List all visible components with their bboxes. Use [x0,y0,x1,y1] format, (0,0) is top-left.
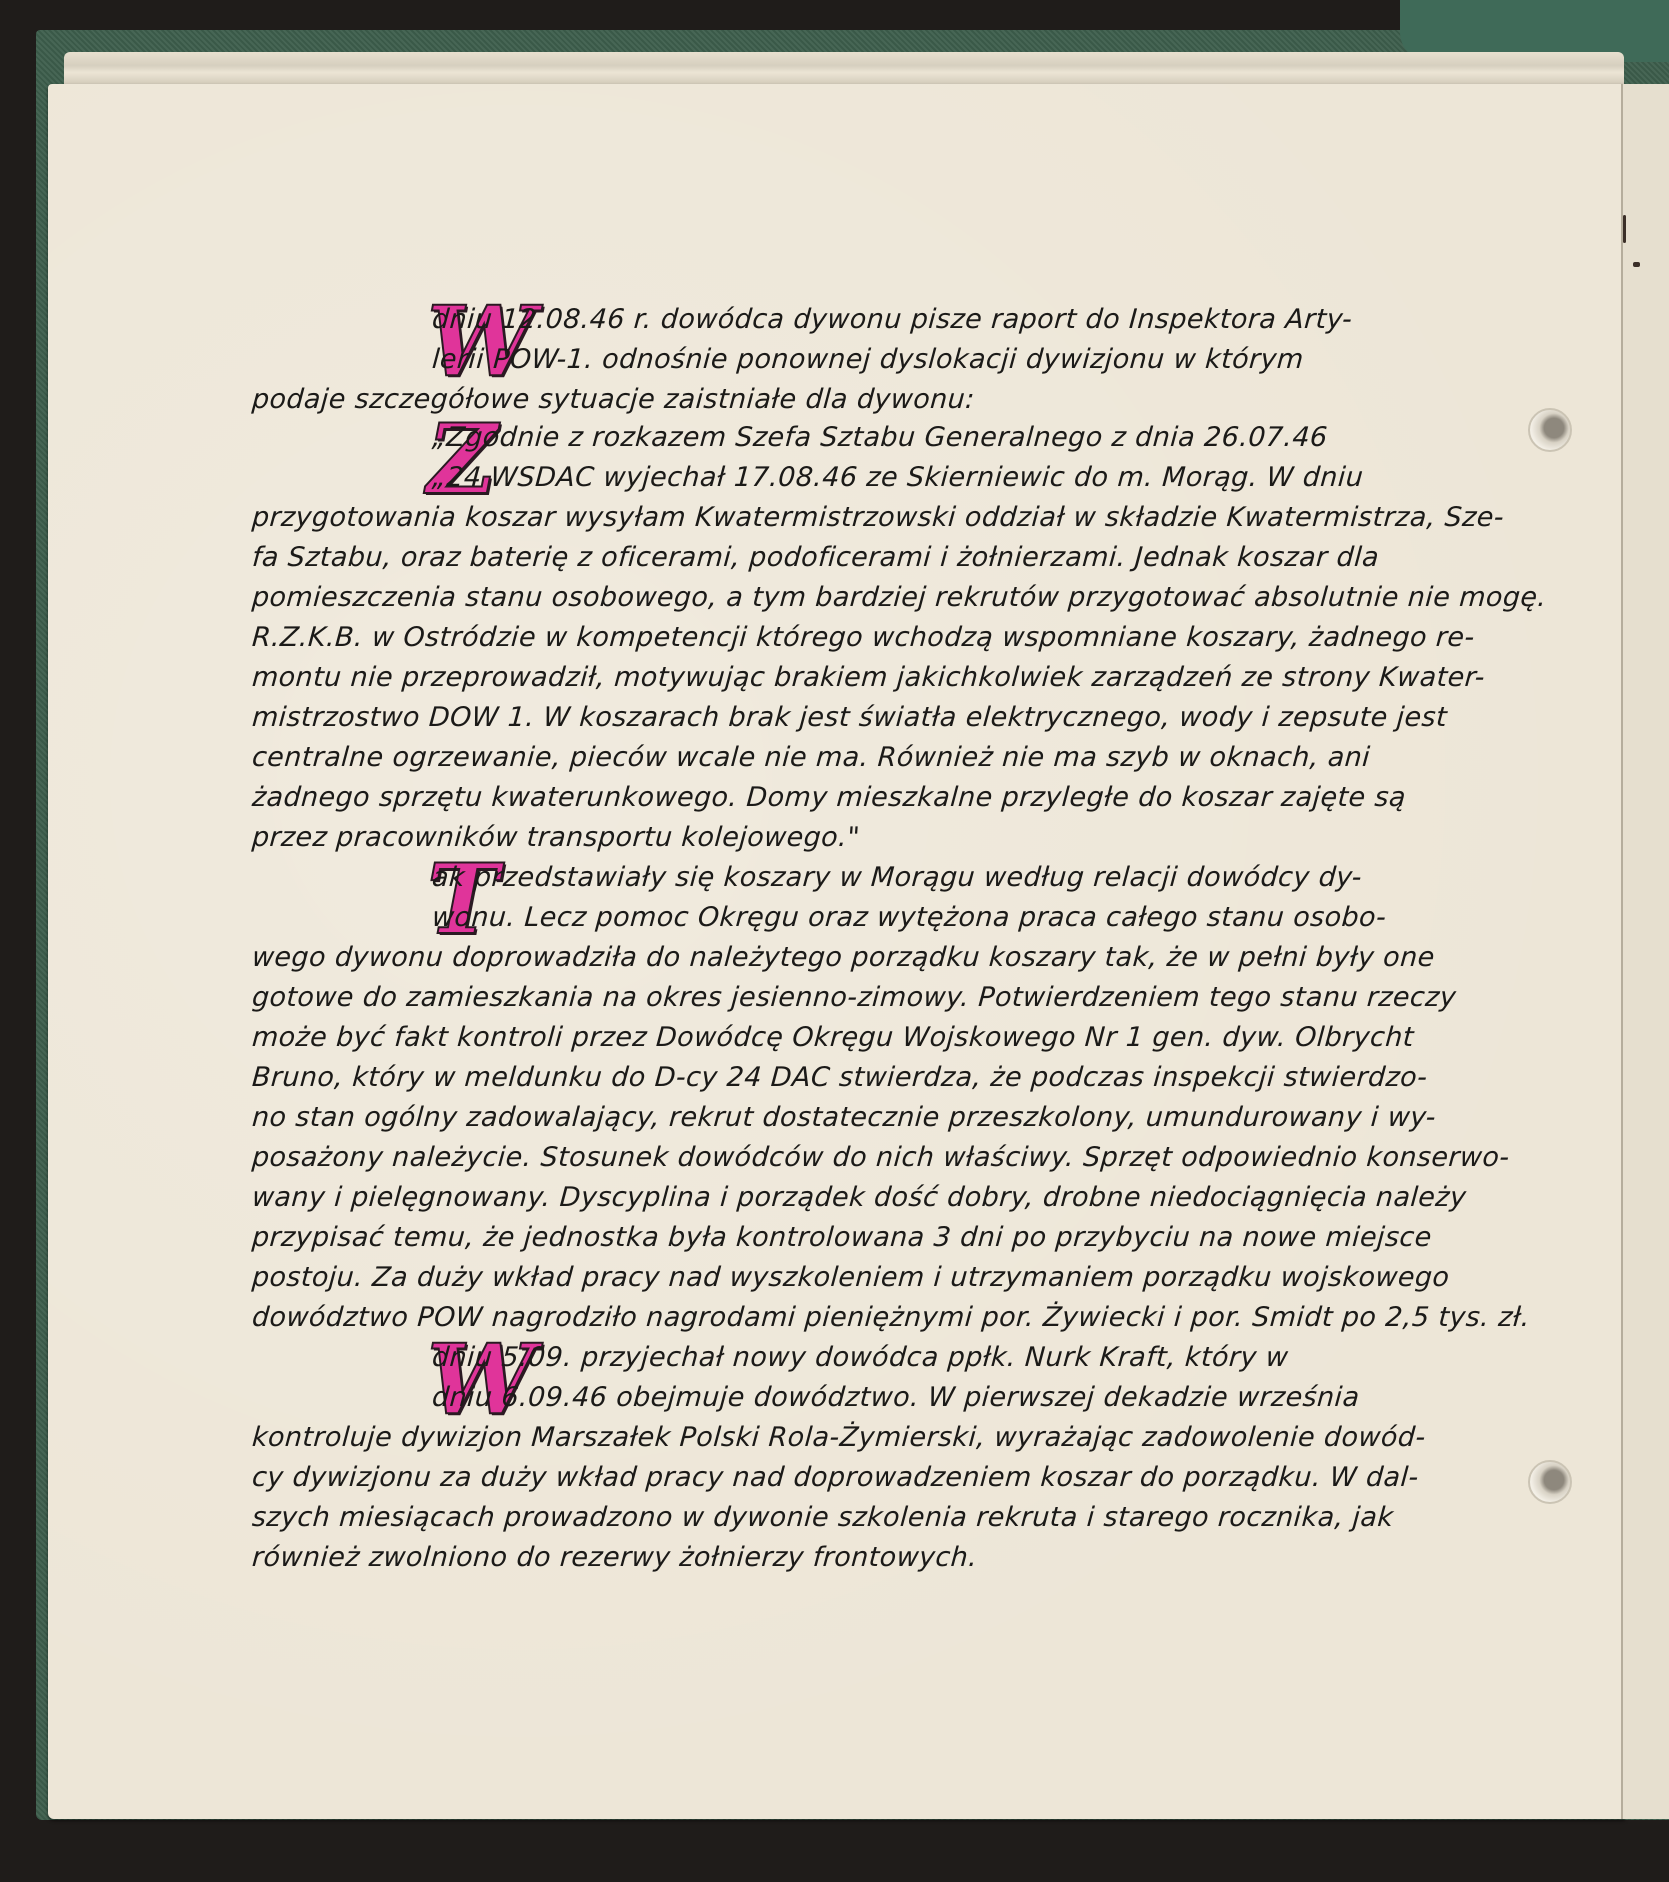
text-line: posażony należycie. Stosunek dowódców do… [251,1138,1454,1178]
text-line: postoju. Za duży wkład pracy nad wyszkol… [251,1258,1454,1298]
text-line: gotowe do zamieszkania na okres jesienno… [251,978,1454,1018]
text-line: wego dywonu doprowadziła do należytego p… [251,938,1454,978]
text-line: Bruno, który w meldunku do D-cy 24 DAC s… [251,1058,1454,1098]
text-line: cy dywizjonu za duży wkład pracy nad dop… [251,1458,1454,1498]
text-line: przygotowania koszar wysyłam Kwatermistr… [251,498,1454,538]
text-line: fa Sztabu, oraz baterię z oficerami, pod… [251,538,1454,578]
text-line: przypisać temu, że jednostka była kontro… [251,1218,1454,1258]
punch-hole-top [1528,408,1572,452]
ink-mark [1623,215,1626,243]
text-line: może być fakt kontroli przez Dowódcę Okr… [251,1018,1454,1058]
text-line: szych miesiącach prowadzono w dywonie sz… [251,1498,1454,1538]
text-line: wany i pielęgnowany. Dyscyplina i porząd… [251,1178,1454,1218]
paragraph-4: W dniu 5.09. przyjechał nowy dowódca ppł… [252,1338,1452,1578]
text-line: kontroluje dywizjon Marszałek Polski Rol… [251,1418,1454,1458]
handwritten-text-block: W dniu 12.08.46 r. dowódca dywonu pisze … [252,300,1452,1578]
text-line: mistrzostwo DOW 1. W koszarach brak jest… [251,698,1454,738]
ink-dot [1633,262,1640,267]
facing-page-edge [1623,84,1669,1819]
text-line: no stan ogólny zadowalający, rekrut dost… [251,1098,1454,1138]
text-line: lerii POW-1. odnośnie ponownej dyslokacj… [251,340,1454,380]
text-line: ak przedstawiały się koszary w Morągu we… [251,858,1454,898]
text-line: wonu. Lecz pomoc Okręgu oraz wytężona pr… [251,898,1454,938]
text-line: również zwolniono do rezerwy żołnierzy f… [251,1538,1454,1578]
text-line: „24 WSDAC wyjechał 17.08.46 ze Skierniew… [251,458,1454,498]
text-line: dniu 12.08.46 r. dowódca dywonu pisze ra… [251,300,1454,340]
text-line: R.Z.K.B. w Ostródzie w kompetencji które… [251,618,1454,658]
text-line: dniu 6.09.46 obejmuje dowództwo. W pierw… [251,1378,1454,1418]
paragraph-2: Z „Zgodnie z rozkazem Szefa Sztabu Gener… [252,418,1452,858]
text-line: żadnego sprzętu kwaterunkowego. Domy mie… [251,778,1454,818]
text-line: „Zgodnie z rozkazem Szefa Sztabu General… [251,418,1454,458]
text-line: centralne ogrzewanie, pieców wcale nie m… [251,738,1454,778]
punch-hole-bottom [1528,1460,1572,1504]
paragraph-1: W dniu 12.08.46 r. dowódca dywonu pisze … [252,300,1452,420]
page-stack-edge [64,52,1624,86]
text-line: dniu 5.09. przyjechał nowy dowódca ppłk.… [251,1338,1454,1378]
text-line: pomieszczenia stanu osobowego, a tym bar… [251,578,1454,618]
text-line: montu nie przeprowadził, motywując braki… [251,658,1454,698]
paragraph-3: T ak przedstawiały się koszary w Morągu … [252,858,1452,1338]
